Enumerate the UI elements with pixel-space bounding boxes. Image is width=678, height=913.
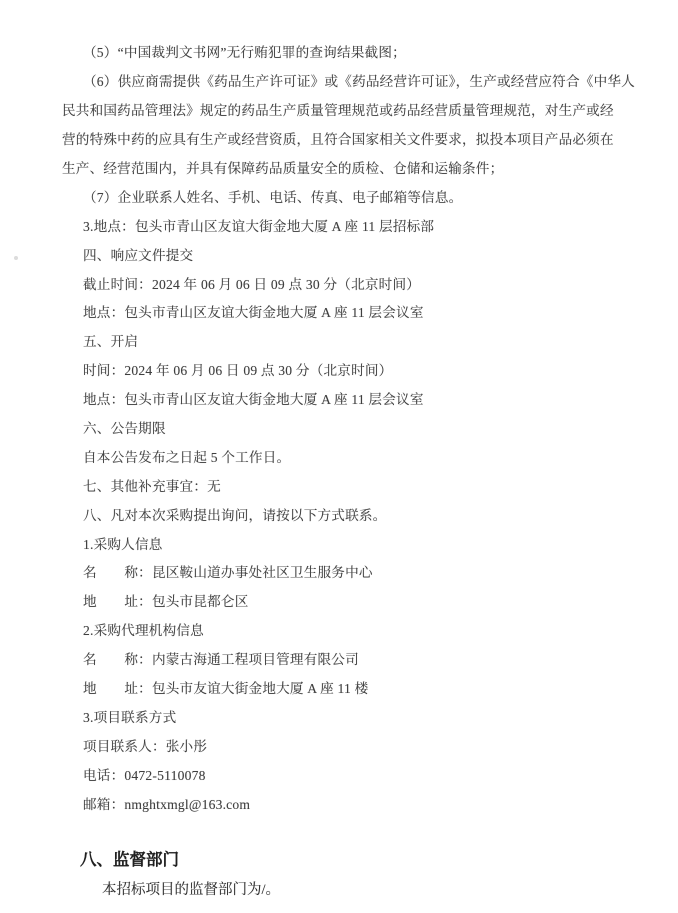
scan-artifact-dot [14,256,18,260]
doc-line-item7: （7）企业联系人姓名、手机、电话、传真、电子邮箱等信息。 [62,181,637,210]
doc-line-item6-cont: 生产、经营范围内，并具有保障药品质量安全的质检、仓储和运输条件； [62,153,637,182]
doc-line-notice-period: 自本公告发布之日起 5 个工作日。 [62,441,637,470]
doc-line-item6: （6）供应商需提供《药品生产许可证》或《药品经营许可证》，生产或经营应符合《中华… [62,66,637,95]
doc-line-purchaser-name: 名 称：昆区鞍山道办事处社区卫生服务中心 [62,557,637,586]
doc-line-agency-address: 地 址：包头市友谊大街金地大厦 A 座 11 楼 [62,673,637,702]
document-body: （5）“中国裁判文书网”无行贿犯罪的查询结果截图； （6）供应商需提供《药品生产… [62,37,637,903]
doc-line-agency-name: 名 称：内蒙古海通工程项目管理有限公司 [62,644,637,673]
doc-line-item6-cont: 民共和国药品管理法》规定的药品生产质量管理规范或药品经营质量管理规范，对生产或经 [62,95,637,124]
section-gap [62,817,637,842]
doc-line-purchaser-info-heading: 1.采购人信息 [62,528,637,557]
doc-line-project-contact-heading: 3.项目联系方式 [62,701,637,730]
doc-line-opening-time: 时间：2024 年 06 月 06 日 09 点 30 分（北京时间） [62,355,637,384]
doc-line-contact-person: 项目联系人：张小彤 [62,730,637,759]
doc-line-deadline-time: 截止时间：2024 年 06 月 06 日 09 点 30 分（北京时间） [62,268,637,297]
doc-line-section4-heading: 四、响应文件提交 [62,239,637,268]
scanned-document-page: （5）“中国裁判文书网”无行贿犯罪的查询结果截图； （6）供应商需提供《药品生产… [0,0,678,913]
supervision-section-heading: 八、监督部门 [62,842,637,874]
doc-line-section5-heading: 五、开启 [62,326,637,355]
supervision-section-body: 本招标项目的监督部门为/。 [62,874,637,903]
doc-line-section8-contact-intro: 八、凡对本次采购提出询问，请按以下方式联系。 [62,499,637,528]
doc-line-opening-location: 地点：包头市青山区友谊大街金地大厦 A 座 11 层会议室 [62,384,637,413]
doc-line-location: 3.地点：包头市青山区友谊大街金地大厦 A 座 11 层招标部 [62,210,637,239]
doc-line-purchaser-address: 地 址：包头市昆都仑区 [62,586,637,615]
doc-line-submit-location: 地点：包头市青山区友谊大街金地大厦 A 座 11 层会议室 [62,297,637,326]
doc-line-agency-info-heading: 2.采购代理机构信息 [62,615,637,644]
doc-line-item5: （5）“中国裁判文书网”无行贿犯罪的查询结果截图； [62,37,637,66]
doc-line-section7-heading: 七、其他补充事宜：无 [62,470,637,499]
doc-line-phone: 电话：0472-5110078 [62,759,637,788]
doc-line-item6-cont: 营的特殊中药的应具有生产或经营资质，且符合国家相关文件要求，拟投本项目产品必须在 [62,124,637,153]
doc-line-section6-heading: 六、公告期限 [62,413,637,442]
doc-line-email: 邮箱：nmghtxmgl@163.com [62,788,637,817]
